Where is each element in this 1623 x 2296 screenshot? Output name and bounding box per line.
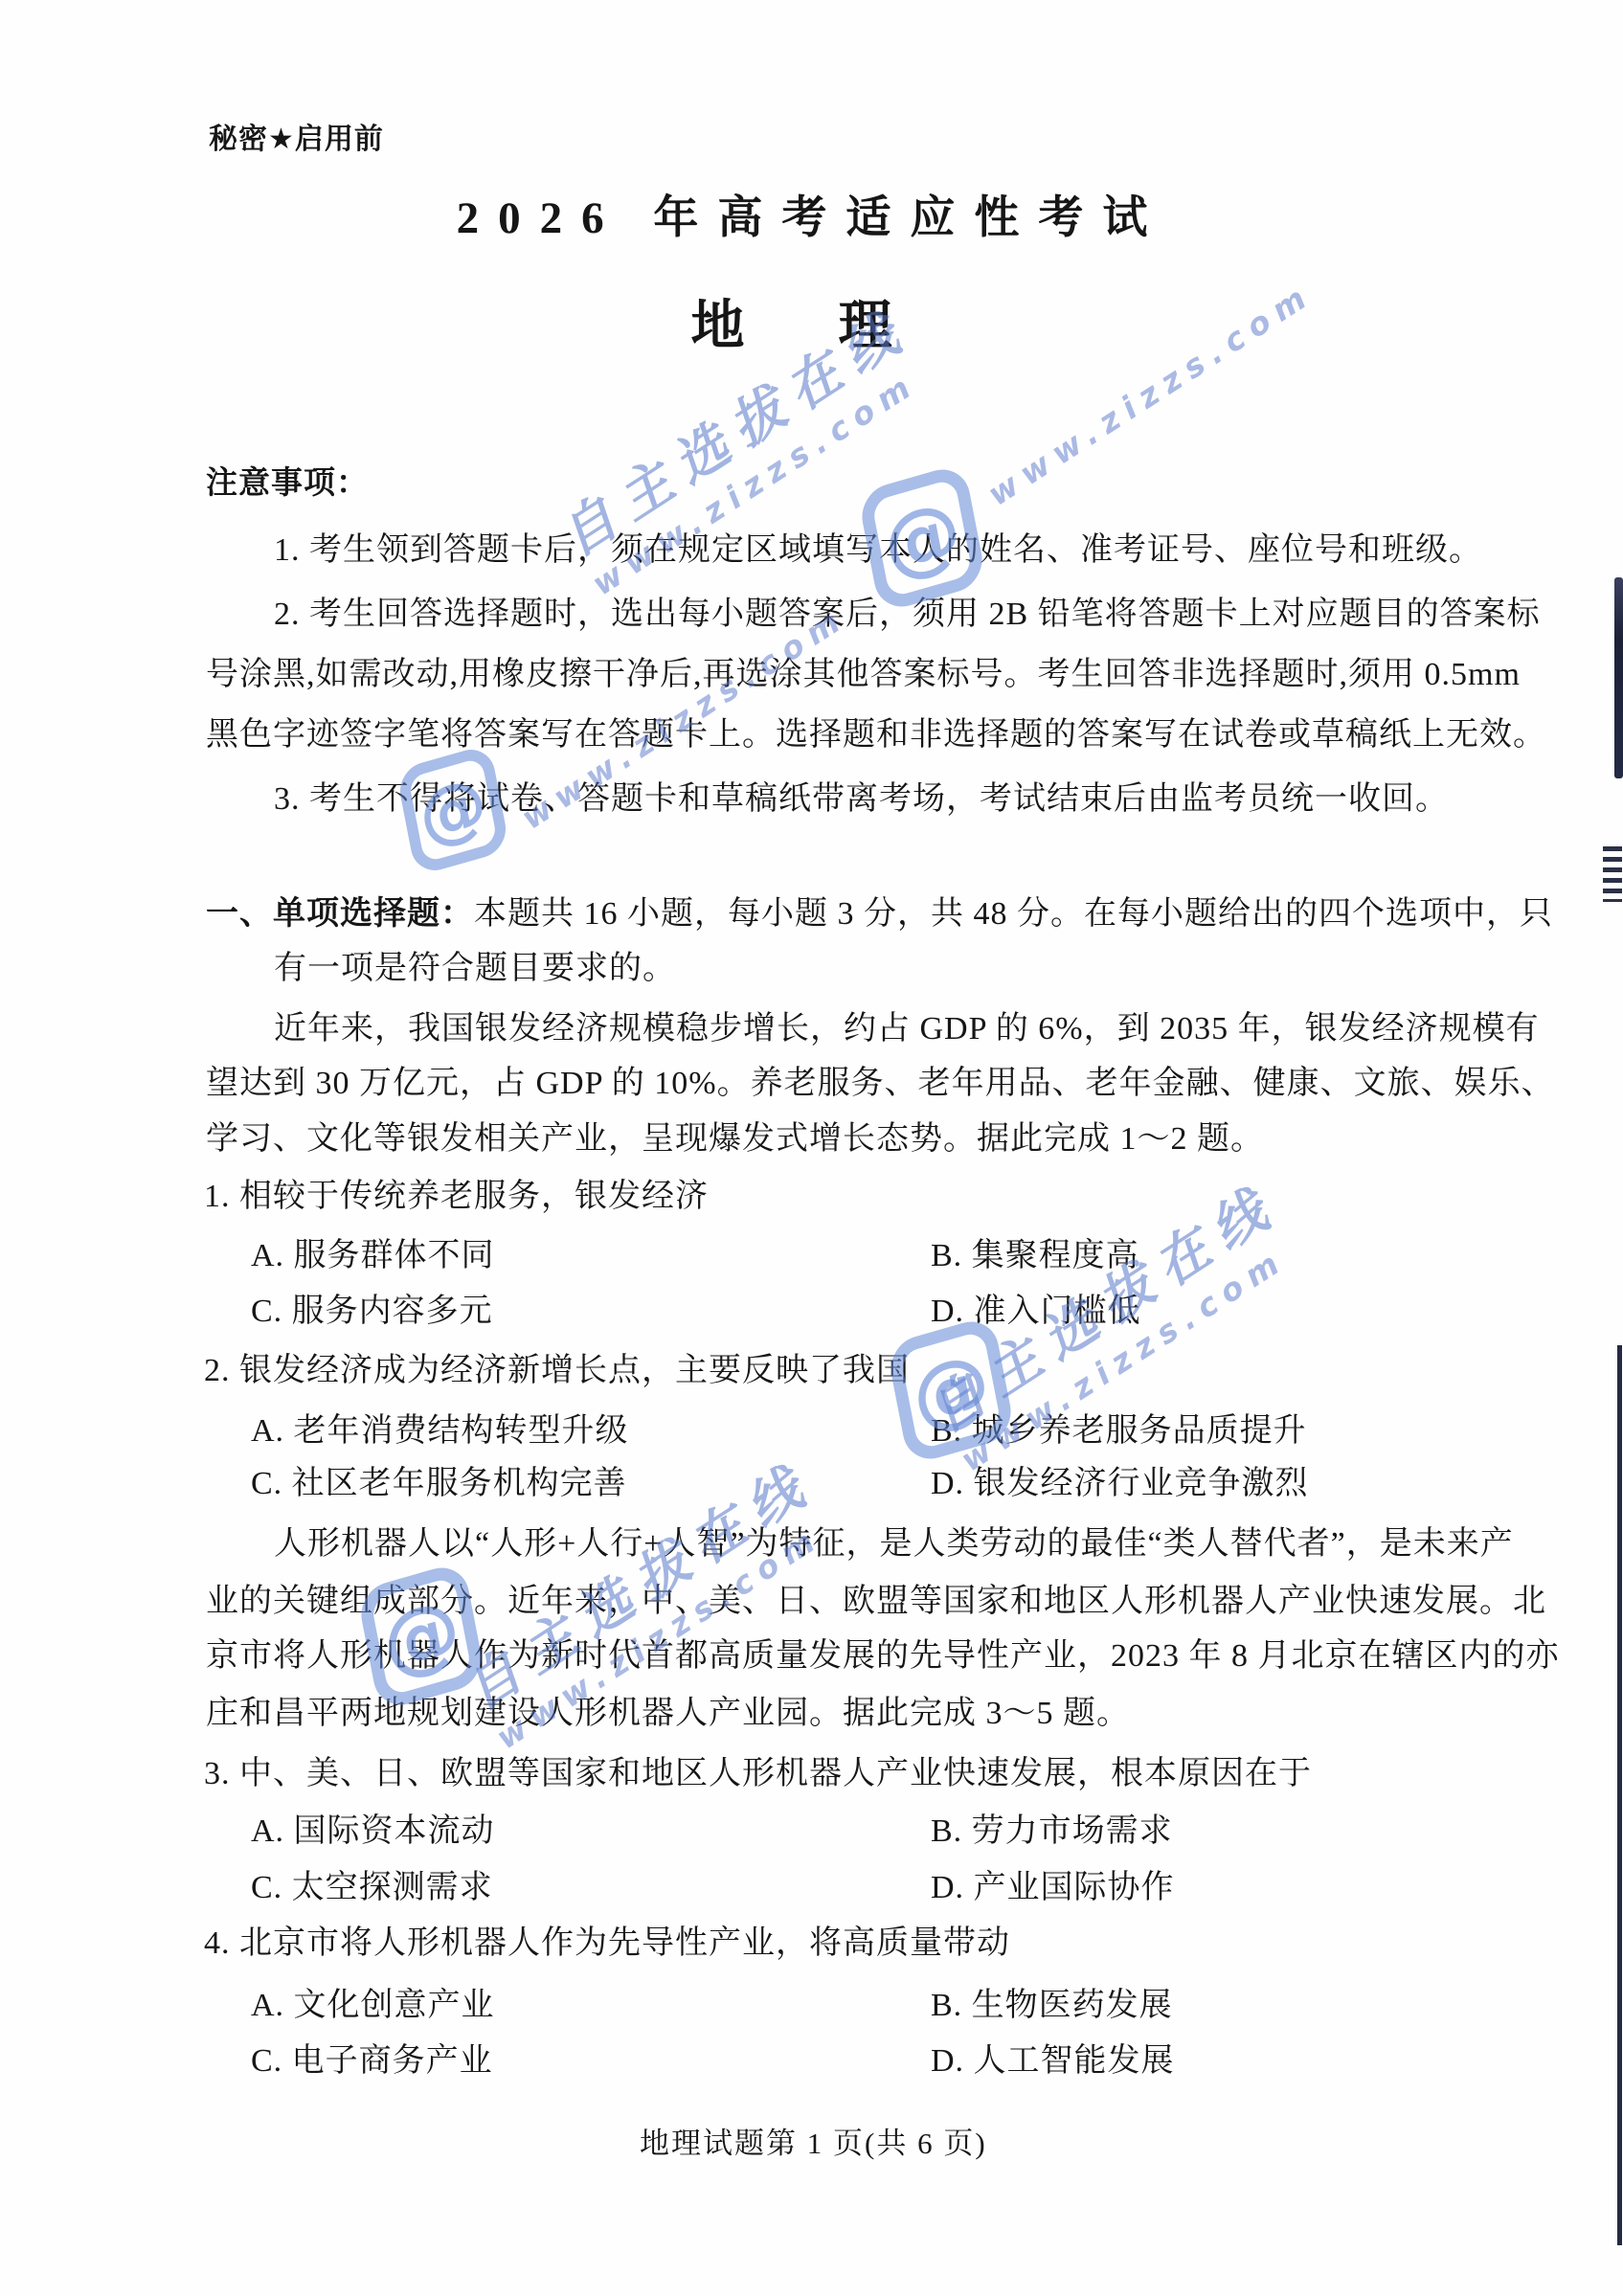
question-4-option-b: B. 生物医药发展 (931, 1978, 1173, 2025)
section-heading-line-1: 一、单项选择题：本题共 16 小题，每小题 3 分，共 48 分。在每小题给出的… (206, 887, 1553, 934)
question-4-option-c: C. 电子商务产业 (251, 2034, 493, 2081)
notice-item-2-line-2: 号涂黑,如需改动,用橡皮擦干净后,再选涂其他答案标号。考生回答非选择题时,须用 … (206, 647, 1521, 694)
passage2-line-3: 京市将人形机器人作为新时代首都高质量发展的先导性产业，2023 年 8 月北京在… (206, 1629, 1560, 1676)
question-3-option-c: C. 太空探测需求 (251, 1860, 493, 1907)
scan-edge-line (1617, 1345, 1622, 2245)
question-3-option-b: B. 劳力市场需求 (931, 1804, 1173, 1851)
question-1-option-b: B. 集聚程度高 (931, 1228, 1139, 1275)
question-2-option-c: C. 社区老年服务机构完善 (251, 1456, 627, 1503)
question-2-option-b: B. 城乡养老服务品质提升 (931, 1404, 1307, 1451)
classification-label: 秘密★启用前 (209, 115, 384, 157)
question-3-option-d: D. 产业国际协作 (931, 1860, 1175, 1907)
section-label: 一、单项选择题： (206, 895, 474, 932)
passage1-line-2: 望达到 30 万亿元，占 GDP 的 10%。养老服务、老年用品、老年金融、健康… (206, 1056, 1555, 1103)
subject-title: 地 理 (0, 283, 1623, 360)
question-2-stem: 2. 银发经济成为经济新增长点，主要反映了我国 (204, 1343, 910, 1390)
section-instructions: 本题共 16 小题，每小题 3 分，共 48 分。在每小题给出的四个选项中，只 (474, 896, 1553, 932)
passage1-line-1: 近年来，我国银发经济规模稳步增长，约占 GDP 的 6%，到 2035 年，银发… (274, 1002, 1540, 1048)
scan-edge-artifact (1614, 577, 1623, 778)
exam-title: 2026 年高考适应性考试 (0, 182, 1623, 246)
question-3-stem: 3. 中、美、日、欧盟等国家和地区人形机器人产业快速发展，根本原因在于 (204, 1746, 1312, 1793)
question-1-option-c: C. 服务内容多元 (251, 1284, 493, 1331)
notice-item-2-line-3: 黑色字迹签字笔将答案写在答题卡上。选择题和非选择题的答案写在试卷或草稿纸上无效。 (206, 708, 1546, 754)
section-heading-line-2: 有一项是符合题目要求的。 (274, 941, 676, 988)
passage1-line-3: 学习、文化等银发相关产业，呈现爆发式增长态势。据此完成 1～2 题。 (206, 1112, 1264, 1159)
notice-item-3: 3. 考生不得将试卷、答题卡和草稿纸带离考场，考试结束后由监考员统一收回。 (274, 772, 1449, 819)
exam-paper-page: 秘密★启用前 2026 年高考适应性考试 地 理 注意事项： 1. 考生领到答题… (0, 0, 1623, 2296)
scan-edge-marks (1603, 846, 1622, 902)
question-3-option-a: A. 国际资本流动 (251, 1804, 495, 1851)
notice-item-1: 1. 考生领到答题卡后，须在规定区域填写本人的姓名、准考证号、座位号和班级。 (274, 523, 1482, 570)
passage2-line-2: 业的关键组成部分。近年来，中、美、日、欧盟等国家和地区人形机器人产业快速发展。北 (206, 1574, 1546, 1621)
question-4-stem: 4. 北京市将人形机器人作为先导性产业，将高质量带动 (204, 1916, 1010, 1963)
page-footer: 地理试题第 1 页(共 6 页) (640, 2119, 987, 2162)
question-2-option-a: A. 老年消费结构转型升级 (251, 1404, 629, 1451)
question-2-option-d: D. 银发经济行业竞争激烈 (931, 1456, 1309, 1503)
question-4-option-a: A. 文化创意产业 (251, 1978, 495, 2025)
passage2-line-1: 人形机器人以“人形+人行+人智”为特征，是人类劳动的最佳“类人替代者”，是未来产 (274, 1517, 1514, 1564)
passage2-line-4: 庄和昌平两地规划建设人形机器人产业园。据此完成 3～5 题。 (206, 1686, 1130, 1733)
question-1-option-d: D. 准入门槛低 (931, 1284, 1141, 1331)
notice-item-2-line-1: 2. 考生回答选择题时，选出每小题答案后，须用 2B 铅笔将答题卡上对应题目的答… (274, 587, 1541, 634)
question-4-option-d: D. 人工智能发展 (931, 2034, 1175, 2081)
notice-heading: 注意事项： (206, 458, 369, 503)
question-1-option-a: A. 服务群体不同 (251, 1228, 495, 1275)
question-1-stem: 1. 相较于传统养老服务，银发经济 (204, 1169, 709, 1216)
